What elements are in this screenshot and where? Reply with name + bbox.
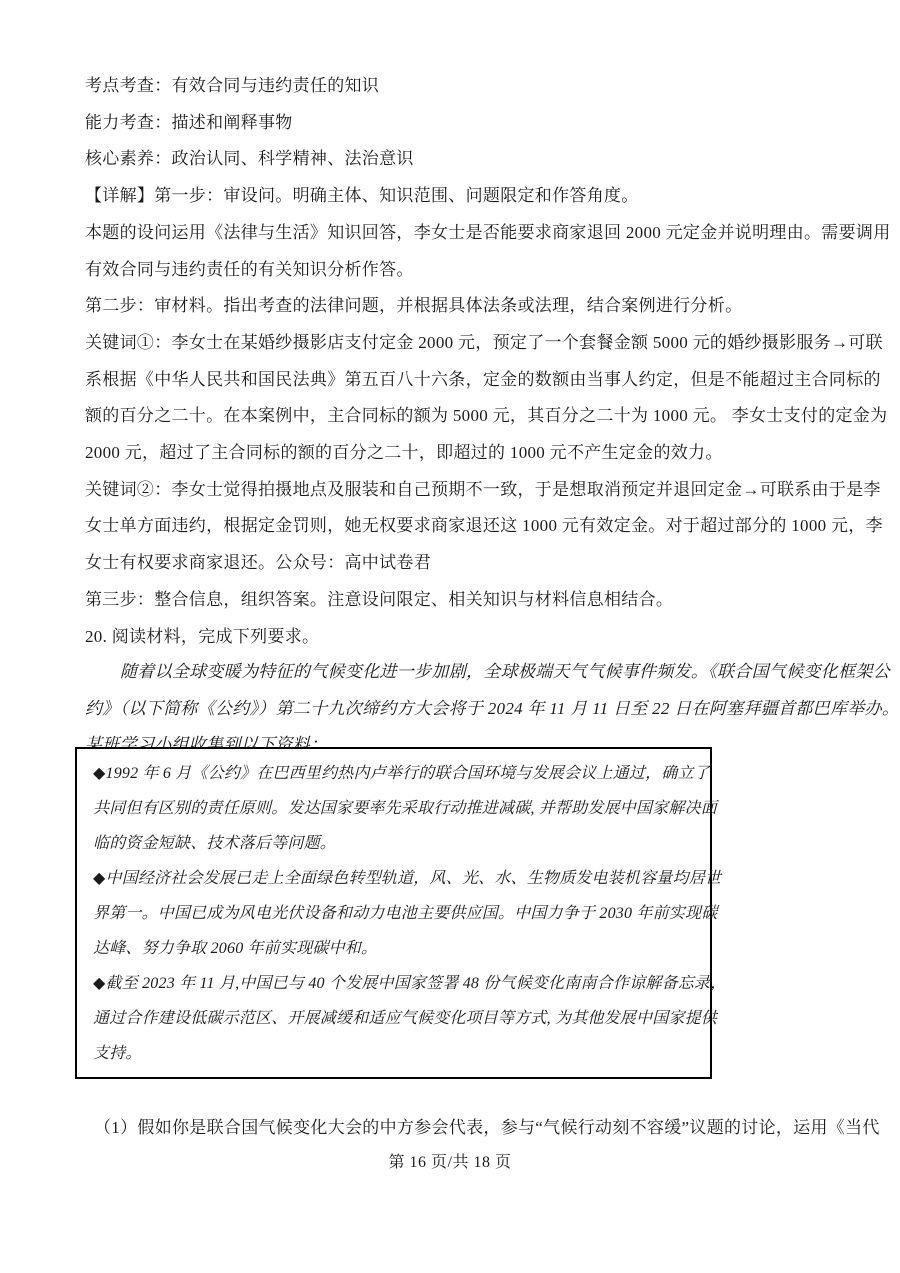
text-line: 有效合同与违约责任的有关知识分析作答。 [85,252,891,289]
answer-analysis-text: 考点考查：有效合同与违约责任的知识能力考查：描述和阐释事物核心素养：政治认同、科… [85,68,891,655]
text-line: 界第一。中国已成为风电光伏设备和动力电池主要供应国。中国力争于 2030 年前实… [93,896,698,931]
text-line: ◆1992 年 6 月《公约》在巴西里约热内卢举行的联合国环境与发展会议上通过，… [93,756,698,791]
page-number-footer: 第 16 页/共 18 页 [0,1149,900,1172]
text-line: 2000 元，超过了主合同标的额的百分之二十，即超过的 1000 元不产生定金的… [85,435,891,472]
exam-document-page: 考点考查：有效合同与违约责任的知识能力考查：描述和阐释事物核心素养：政治认同、科… [0,0,900,1273]
text-line: 女士有权要求商家退还。公众号：高中试卷君 [85,545,891,582]
text-line: ◆截至 2023 年 11 月,中国已与 40 个发展中国家签署 48 份气候变… [93,966,698,1001]
text-line: 关键词②：李女士觉得拍摄地点及服装和自己预期不一致，于是想取消预定并退回定金→可… [85,472,891,509]
text-line: 关键词①：李女士在某婚纱摄影店支付定金 2000 元，预定了一个套餐金额 500… [85,325,891,362]
text-line: 本题的设问运用《法律与生活》知识回答，李女士是否能要求商家退回 2000 元定金… [85,215,891,252]
text-line: 核心素养：政治认同、科学精神、法治意识 [85,141,891,178]
text-line: 系根据《中华人民共和国民法典》第五百八十六条，定金的数额由当事人约定，但是不能超… [85,362,891,399]
text-line: 共同但有区别的责任原则。发达国家要率先采取行动推进减碳, 并帮助发展中国家解决面 [93,791,698,826]
text-line: 第三步：整合信息，组织答案。注意设问限定、相关知识与材料信息相结合。 [85,582,891,619]
text-line: 第二步：审材料。指出考查的法律问题，并根据具体法条或法理，结合案例进行分析。 [85,288,891,325]
text-line: 临的资金短缺、技术落后等问题。 [93,826,698,861]
text-line: 考点考查：有效合同与违约责任的知识 [85,68,891,105]
text-line: 额的百分之二十。在本案例中，主合同标的额为 5000 元，其百分之二十为 100… [85,398,891,435]
text-line: 通过合作建设低碳示范区、开展减缓和适应气候变化项目等方式, 为其他发展中国家提供 [93,1001,698,1036]
text-line: ◆中国经济社会发展已走上全面绿色转型轨道，风、光、水、生物质发电装机容量均居世 [93,861,698,896]
text-line: 能力考查：描述和阐释事物 [85,105,891,142]
material-excerpt-box: ◆1992 年 6 月《公约》在巴西里约热内卢举行的联合国环境与发展会议上通过，… [75,747,712,1079]
text-line: 女士单方面违约，根据定金罚则，她无权要求商家退还这 1000 元有效定金。对于超… [85,508,891,545]
text-line: 支持。 [93,1036,698,1071]
text-line: 达峰、努力争取 2060 年前实现碳中和。 [93,931,698,966]
sub-question-1: （1）假如你是联合国气候变化大会的中方参会代表，参与“气候行动刻不容缓”议题的讨… [94,1110,880,1146]
text-line: 约》（以下简称《公约》）第二十九次缔约方大会将于 2024 年 11 月 11 … [85,691,899,728]
text-line: 随着以全球变暖为特征的气候变化进一步加剧，全球极端天气气候事件频发。《联合国气候… [85,654,899,691]
text-line: 【详解】第一步：审设问。明确主体、知识范围、问题限定和作答角度。 [85,178,891,215]
text-line: 20. 阅读材料，完成下列要求。 [85,619,891,656]
